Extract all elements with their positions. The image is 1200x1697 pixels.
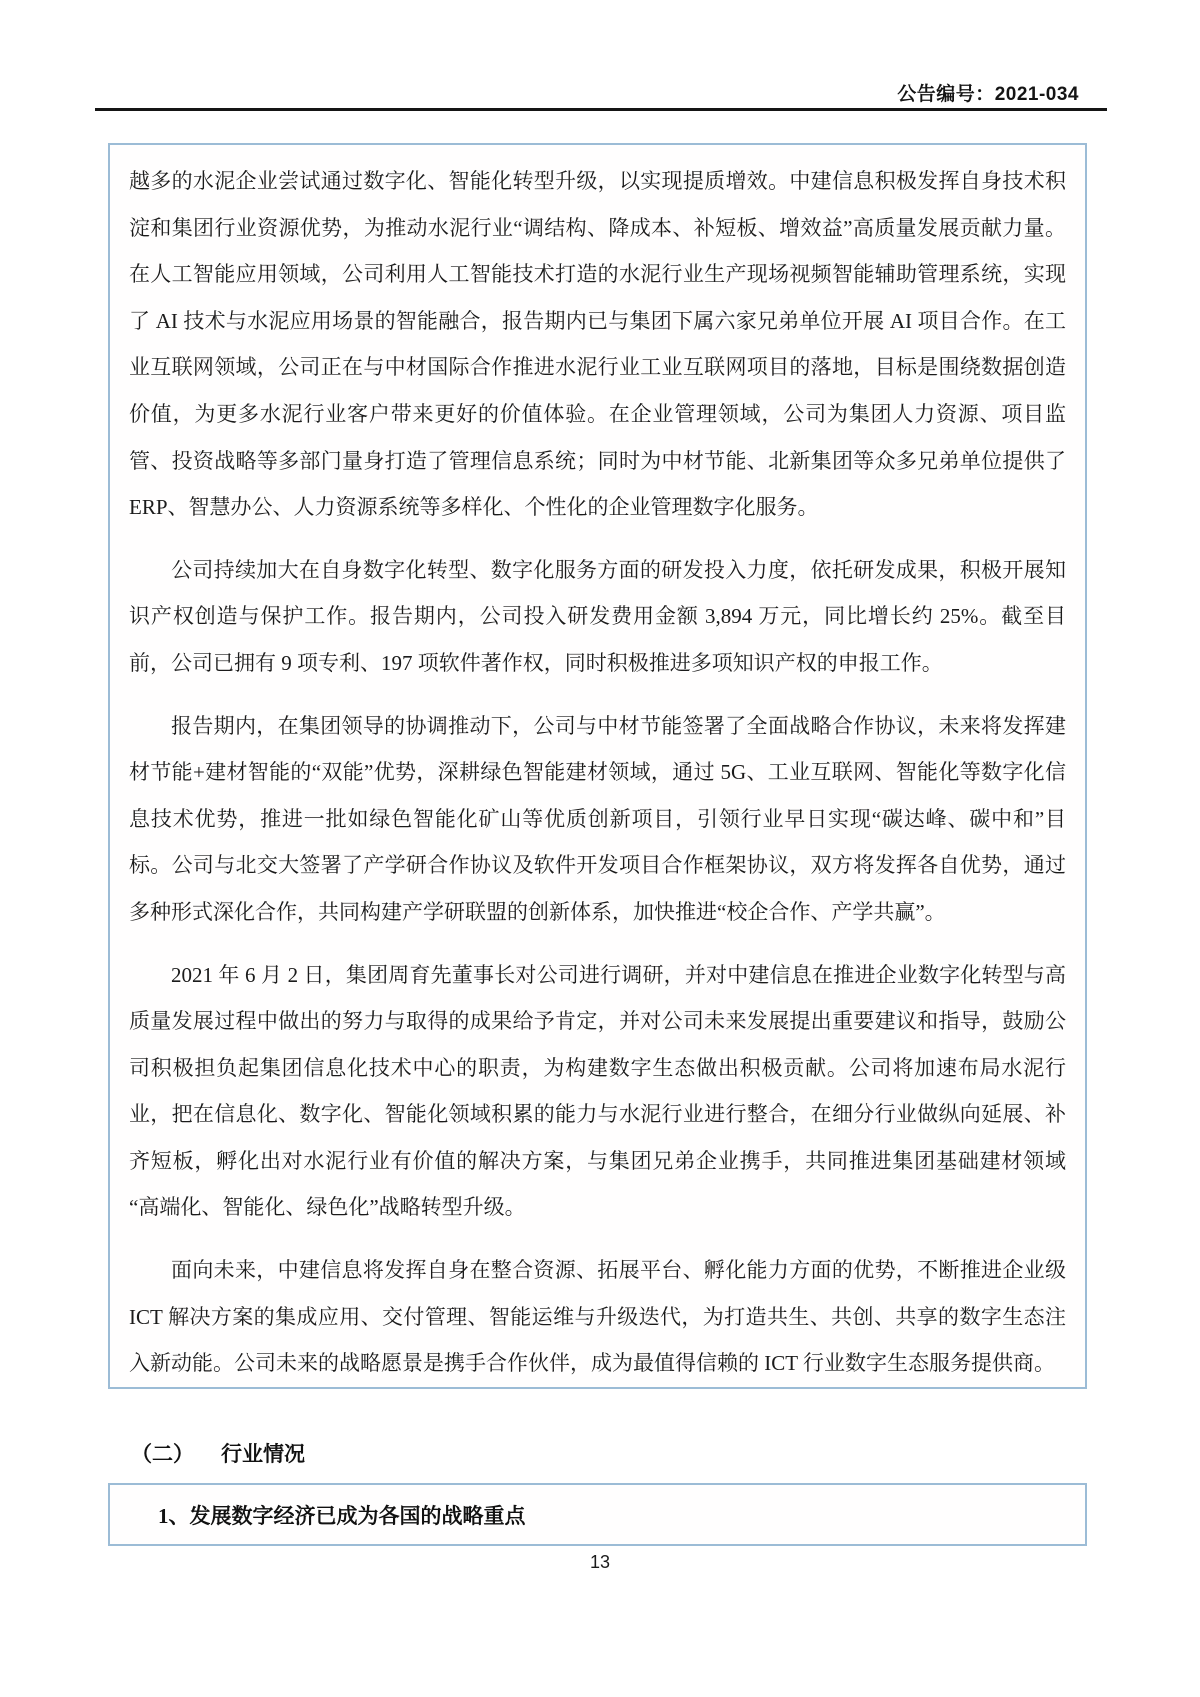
main-text-box: 越多的水泥企业尝试通过数字化、智能化转型升级，以实现提质增效。中建信息积极发挥自… bbox=[108, 143, 1087, 1389]
paragraph-rd-investment: 公司持续加大在自身数字化转型、数字化服务方面的研发投入力度，依托研发成果，积极开… bbox=[129, 547, 1066, 687]
header-divider bbox=[95, 108, 1107, 111]
paragraph-cement-digitalization: 越多的水泥企业尝试通过数字化、智能化转型升级，以实现提质增效。中建信息积极发挥自… bbox=[129, 158, 1066, 531]
page-number: 13 bbox=[0, 1552, 1200, 1573]
section-title: 行业情况 bbox=[221, 1442, 305, 1466]
section-number: （二） bbox=[131, 1442, 194, 1466]
paragraph-chairman-visit: 2021 年 6 月 2 日，集团周育先董事长对公司进行调研，并对中建信息在推进… bbox=[129, 952, 1066, 1232]
subsection-title: 1、发展数字经济已成为各国的战略重点 bbox=[158, 1500, 526, 1530]
paragraph-future-vision: 面向未来，中建信息将发挥自身在整合资源、拓展平台、孵化能力方面的优势，不断推进企… bbox=[129, 1247, 1066, 1387]
subsection-box: 1、发展数字经济已成为各国的战略重点 bbox=[108, 1483, 1087, 1546]
announcement-number: 公告编号：2021-034 bbox=[897, 79, 1079, 106]
paragraph-strategic-cooperation: 报告期内，在集团领导的协调推动下，公司与中材节能签署了全面战略合作协议，未来将发… bbox=[129, 703, 1066, 936]
section-heading: （二）行业情况 bbox=[131, 1438, 305, 1468]
